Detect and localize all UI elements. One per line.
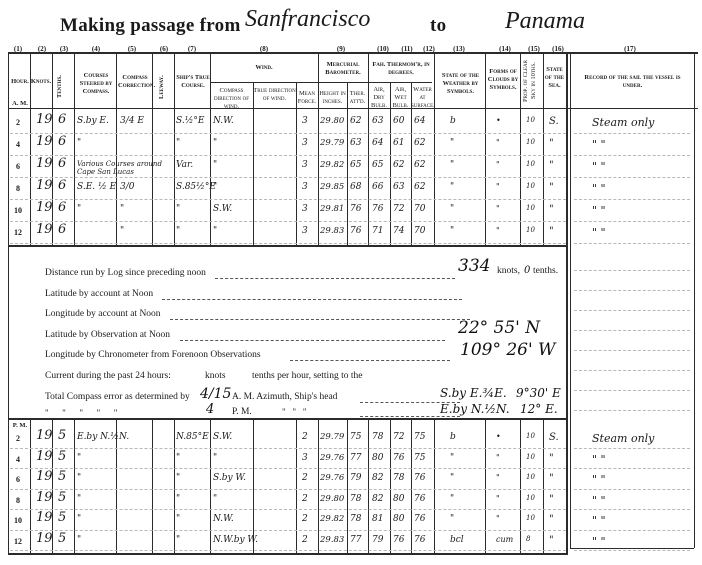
cell-force: 2	[302, 494, 308, 504]
col-divider	[434, 54, 435, 245]
compass-error-pm-head: E.by N.½N.	[440, 402, 510, 416]
cell-tenths: 6	[58, 134, 66, 149]
cell-clouds: "	[496, 160, 500, 169]
ruled-line	[574, 410, 690, 411]
header-wind-force: Mean Force.	[296, 90, 318, 106]
cell-tenths: 6	[58, 156, 66, 171]
row-rule	[10, 155, 566, 156]
cell-wind-compass: "	[213, 160, 217, 170]
row-rule	[574, 221, 690, 222]
cell-true-course: "	[176, 138, 180, 148]
row-hour: 10	[6, 206, 30, 215]
cell-tenths: 5	[58, 428, 66, 443]
sail-col-inner	[570, 54, 571, 548]
lon-chrono-value: 109° 26' W	[460, 340, 556, 360]
cell-water: 76	[414, 514, 425, 524]
cell-force: 3	[302, 453, 308, 463]
cell-wind-compass: S.W.	[213, 204, 232, 214]
cell-knots: 19	[36, 134, 52, 149]
ruled-line	[574, 290, 690, 291]
cell-water: 70	[414, 226, 425, 236]
cell-wet: 63	[393, 182, 404, 192]
cell-course: "	[77, 138, 81, 148]
distance-label: Distance run by Log since preceding noon	[45, 268, 206, 278]
cell-weather: bcl	[450, 535, 464, 545]
col-divider	[74, 420, 75, 553]
ruled-line	[574, 270, 690, 271]
current-tenths: tenths per hour, setting to the	[252, 371, 362, 381]
header-baro-ther: Ther. att'd.	[347, 90, 368, 106]
row-rule	[10, 199, 566, 200]
compass-error-am-head: S.by E.¾E.	[440, 386, 507, 400]
row-rule	[10, 243, 566, 244]
col-divider	[52, 54, 53, 245]
cell-tenths: 5	[58, 469, 66, 484]
cell-sail: Steam only	[592, 116, 654, 129]
cell-wind-compass: "	[213, 182, 217, 192]
col-divider	[368, 420, 369, 553]
ruled-line	[574, 330, 690, 331]
cell-dry: 66	[372, 182, 383, 192]
cell-water: 62	[414, 182, 425, 192]
cell-water: 62	[414, 138, 425, 148]
cell-force: 3	[302, 182, 308, 192]
cell-weather: "	[450, 453, 454, 463]
header-hour: Hour.	[8, 78, 32, 86]
compass-error-am-value: 9°30' E	[516, 386, 561, 400]
cell-wet: 72	[393, 432, 404, 442]
distance-unit: knots,	[497, 266, 520, 276]
cell-true-course: Var.	[176, 160, 193, 170]
cell-wet: 78	[393, 473, 404, 483]
cell-clouds: •	[496, 116, 501, 125]
header-knots: Knots.	[30, 78, 52, 86]
cell-dry: 80	[372, 453, 383, 463]
cell-tenths: 5	[58, 449, 66, 464]
cell-clear: 10	[526, 204, 535, 212]
cell-wind-compass: "	[213, 453, 217, 463]
cell-height: 29.76	[320, 473, 344, 483]
cell-ther: 65	[350, 160, 361, 170]
cell-weather: "	[450, 138, 454, 148]
header-air-dry: Air, Dry Bulb.	[368, 86, 390, 110]
header-tenths: Tenths.	[56, 70, 64, 104]
cell-sail: " "	[592, 473, 606, 486]
cell-weather: "	[450, 226, 454, 236]
row-rule	[10, 133, 566, 134]
cell-tenths: 5	[58, 531, 66, 546]
row-rule	[574, 530, 690, 531]
row-rule	[574, 468, 690, 469]
cell-clouds: "	[496, 226, 500, 235]
table-right-border	[694, 54, 695, 548]
col-divider	[390, 420, 391, 553]
sail-header-rule	[570, 108, 694, 109]
col-divider	[520, 420, 521, 553]
passage-from-port: Sanfrancisco	[245, 6, 370, 33]
subheader-rule	[210, 82, 432, 83]
header-wind-compass: Compass direction of wind.	[210, 87, 253, 111]
lat-account-label: Latitude by account at Noon	[45, 289, 153, 299]
cell-clouds: "	[496, 453, 500, 462]
cell-sea: S.	[549, 432, 559, 443]
cell-wet: 62	[393, 160, 404, 170]
cell-ther: 76	[350, 204, 361, 214]
header-water: Water at surface.	[411, 86, 434, 110]
cell-true-course: S.85½°E	[176, 182, 210, 192]
cell-sea: "	[549, 138, 554, 149]
cell-sea: "	[549, 473, 554, 484]
cell-height: 29.81	[320, 204, 344, 214]
cell-correction: 3/0	[120, 182, 134, 192]
cell-wind-compass: "	[213, 138, 217, 148]
cell-sail: " "	[592, 494, 606, 507]
cell-wind-compass: "	[213, 226, 217, 236]
cell-sea: "	[549, 204, 554, 215]
cell-force: 2	[302, 432, 308, 442]
cell-wind-compass: S.by W.	[213, 473, 246, 483]
cell-force: 2	[302, 473, 308, 483]
cell-water: 76	[414, 473, 425, 483]
col-divider	[543, 420, 544, 553]
header-true-course: Ship's True Course.	[176, 74, 210, 90]
leader-dots	[215, 278, 455, 279]
row-rule	[10, 550, 566, 551]
cell-clouds: "	[496, 182, 500, 191]
compass-error-pm-mark: 4	[206, 402, 214, 417]
distance-tenths: 0	[524, 265, 530, 276]
cell-true-course: "	[176, 204, 180, 214]
cell-clear: 10	[526, 514, 535, 522]
cell-course: "	[77, 473, 81, 483]
cell-course: "	[77, 514, 81, 524]
cell-sea: "	[549, 514, 554, 525]
cell-weather: "	[450, 494, 454, 504]
cell-sail: " "	[592, 204, 606, 217]
compass-error-pm-ditto: " " "	[282, 407, 307, 417]
row-hour: 10	[6, 516, 30, 525]
cell-water: 76	[414, 535, 425, 545]
col-divider	[347, 420, 348, 553]
cell-sail: " "	[592, 182, 606, 195]
cell-course: E.by N.½N.	[77, 432, 129, 442]
col-divider	[411, 420, 412, 553]
cell-wet: 76	[393, 453, 404, 463]
cell-sea: "	[549, 494, 554, 505]
header-thermometer: Fah. Thermom'r, in degrees.	[368, 61, 434, 77]
cell-dry: 82	[372, 494, 383, 504]
cell-correction: 3/4 E	[120, 116, 144, 126]
cell-correction: "	[120, 226, 124, 236]
col-divider	[434, 420, 435, 553]
row-hour: 2	[6, 118, 30, 127]
cell-weather: "	[450, 160, 454, 170]
cell-water: 64	[414, 116, 425, 126]
row-rule	[574, 550, 690, 551]
row-rule	[10, 221, 566, 222]
cell-ther: 78	[350, 494, 361, 504]
cell-clear: 10	[526, 182, 535, 190]
table-top-rule	[8, 52, 698, 54]
tenths-unit: tenths.	[533, 266, 558, 276]
cell-water: 75	[414, 453, 425, 463]
cell-water: 75	[414, 432, 425, 442]
ruled-line	[574, 350, 690, 351]
col-divider	[253, 420, 254, 553]
current-label: Current during the past 24 hours:	[45, 371, 171, 381]
cell-knots: 19	[36, 112, 52, 127]
cell-force: 3	[302, 226, 308, 236]
cell-true-course: "	[176, 453, 180, 463]
cell-water: 76	[414, 494, 425, 504]
cell-clouds: "	[496, 514, 500, 523]
compass-error-am-mark: 4/15	[200, 386, 231, 402]
cell-true-course: "	[176, 226, 180, 236]
cell-clear: 10	[526, 494, 535, 502]
cell-true-course: "	[176, 535, 180, 545]
header-barometer: Mercurial Barometer.	[318, 61, 368, 77]
ruled-line	[574, 310, 690, 311]
row-hour: 8	[6, 496, 30, 505]
row-rule	[574, 489, 690, 490]
col-divider	[318, 54, 319, 245]
cell-sea: "	[549, 182, 554, 193]
lat-obs-label: Latitude by Observation at Noon	[45, 330, 170, 340]
lat-obs-value: 22° 55' N	[458, 318, 540, 338]
row-rule	[574, 155, 690, 156]
cell-knots: 19	[36, 428, 52, 443]
leader-dots	[360, 416, 460, 417]
cell-course: Various Courses around Cape San Lucas	[77, 160, 167, 176]
cell-weather: "	[450, 514, 454, 524]
header-baro-height: Height in inches.	[318, 90, 347, 106]
cell-height: 29.85	[320, 182, 344, 192]
cell-clouds: cum	[496, 535, 513, 544]
cell-clear: 10	[526, 116, 535, 124]
cell-ther: 78	[350, 514, 361, 524]
row-rule	[574, 509, 690, 510]
cell-clear: 8	[526, 535, 530, 543]
col-divider	[210, 54, 211, 245]
cell-force: 3	[302, 160, 308, 170]
cell-dry: 64	[372, 138, 383, 148]
pm-block-bottom	[8, 553, 568, 555]
cell-true-course: "	[176, 494, 180, 504]
passage-title-prefix: Making passage from	[60, 15, 241, 37]
cell-wind-compass: "	[213, 494, 217, 504]
header-compass-correction: Compass Correction.	[118, 74, 152, 90]
col-divider	[485, 420, 486, 553]
row-hour: 6	[6, 475, 30, 484]
cell-course: S.E. ½ E	[77, 182, 116, 192]
cell-force: 2	[302, 535, 308, 545]
cell-tenths: 6	[58, 178, 66, 193]
cell-height: 29.83	[320, 535, 344, 545]
cell-force: 3	[302, 138, 308, 148]
col-divider	[210, 420, 211, 553]
cell-force: 2	[302, 514, 308, 524]
cell-dry: 78	[372, 432, 383, 442]
col-divider	[174, 54, 175, 245]
compass-error-label: Total Compass error as determined by	[45, 392, 190, 402]
sail-col-divider	[566, 54, 568, 555]
cell-correction: "	[120, 204, 124, 214]
header-sail: Record of the sail the vessel is under.	[575, 74, 690, 90]
col-divider	[116, 54, 117, 245]
row-rule	[10, 530, 566, 531]
cell-clear: 10	[526, 432, 535, 440]
header-pm: P. M.	[9, 422, 31, 430]
cell-clouds: •	[496, 432, 501, 441]
cell-true-course: "	[176, 473, 180, 483]
cell-clear: 10	[526, 160, 535, 168]
cell-ther: 76	[350, 226, 361, 236]
cell-sea: S.	[549, 116, 559, 127]
cell-tenths: 6	[58, 200, 66, 215]
cell-sea: "	[549, 535, 554, 546]
cell-height: 29.79	[320, 432, 344, 442]
header-air-wet: Air, Wet Bulb.	[390, 86, 411, 110]
row-rule	[10, 468, 566, 469]
cell-course: "	[77, 453, 81, 463]
header-sea: State of the Sea.	[543, 66, 566, 90]
cell-course: S.by E.	[77, 116, 109, 126]
cell-clear: 10	[526, 473, 535, 481]
cell-ther: 77	[350, 453, 361, 463]
cell-sea: "	[549, 453, 554, 464]
cell-dry: 79	[372, 535, 383, 545]
lon-account-label: Longitude by account at Noon	[45, 309, 161, 319]
row-rule	[574, 243, 690, 244]
cell-true-course: S.½°E	[176, 116, 205, 126]
cell-clouds: "	[496, 204, 500, 213]
cell-sail: " "	[592, 138, 606, 151]
cell-wet: 76	[393, 535, 404, 545]
header-am: A. M.	[8, 100, 32, 108]
leader-dots	[162, 299, 462, 300]
header-wind: Wind.	[210, 64, 318, 72]
cell-sail: " "	[592, 160, 606, 173]
cell-tenths: 6	[58, 222, 66, 237]
cell-course: "	[77, 535, 81, 545]
row-hour: 2	[6, 434, 30, 443]
cell-knots: 19	[36, 490, 52, 505]
row-hour: 6	[6, 162, 30, 171]
cell-ther: 75	[350, 432, 361, 442]
cell-knots: 19	[36, 469, 52, 484]
passage-connector: to	[430, 15, 446, 37]
cell-dry: 63	[372, 116, 383, 126]
col-divider	[152, 420, 153, 553]
cell-wind-compass: N.W.by W.	[213, 535, 253, 545]
cell-ther: 68	[350, 182, 361, 192]
ditto-marks: " " " " "	[45, 408, 117, 418]
cell-weather: "	[450, 204, 454, 214]
cell-wet: 74	[393, 226, 404, 236]
row-rule	[10, 448, 566, 449]
row-rule	[574, 177, 690, 178]
header-leeway: Leeway.	[158, 70, 166, 104]
cell-knots: 19	[36, 222, 52, 237]
cell-height: 29.80	[320, 494, 344, 504]
lon-chrono-label: Longitude by Chronometer from Forenoon O…	[45, 350, 261, 360]
cell-sail: Steam only	[592, 432, 654, 445]
cell-ther: 62	[350, 116, 361, 126]
leader-dots	[290, 360, 450, 361]
cell-tenths: 6	[58, 112, 66, 127]
sail-col-bottom	[570, 548, 694, 549]
cell-clouds: "	[496, 138, 500, 147]
cell-weather: "	[450, 473, 454, 483]
cell-weather: "	[450, 182, 454, 192]
passage-to-port: Panama	[505, 8, 585, 35]
cell-height: 29.80	[320, 116, 344, 126]
cell-height: 29.83	[320, 226, 344, 236]
cell-true-course: "	[176, 514, 180, 524]
cell-clear: 10	[526, 138, 535, 146]
cell-height: 29.82	[320, 514, 344, 524]
cell-knots: 19	[36, 156, 52, 171]
distance-value: 334	[458, 256, 490, 276]
ruled-line	[574, 370, 690, 371]
cell-knots: 19	[36, 178, 52, 193]
cell-knots: 19	[36, 449, 52, 464]
cell-height: 29.82	[320, 160, 344, 170]
cell-clear: 10	[526, 226, 535, 234]
cell-dry: 76	[372, 204, 383, 214]
col-divider	[296, 420, 297, 553]
compass-error-am-text: A. M. Azimuth, Ship's head	[232, 392, 337, 402]
header-clear-sky: Prop. of Clear Sky in 10ths.	[522, 58, 538, 104]
cell-sea: "	[549, 160, 554, 171]
cell-wind-compass: N.W.	[213, 116, 234, 126]
leader-dots	[170, 319, 470, 320]
cell-clouds: "	[496, 473, 500, 482]
leader-dots	[180, 340, 445, 341]
row-hour: 12	[6, 228, 30, 237]
cell-knots: 19	[36, 531, 52, 546]
cell-course: "	[77, 494, 81, 504]
cell-dry: 65	[372, 160, 383, 170]
cell-wet: 80	[393, 514, 404, 524]
cell-knots: 19	[36, 200, 52, 215]
cell-true-course: N.85°E	[176, 432, 209, 442]
col-divider	[30, 420, 31, 553]
ruled-line	[574, 390, 690, 391]
cell-wind-compass: N.W.	[213, 514, 234, 524]
cell-wet: 80	[393, 494, 404, 504]
col-divider	[174, 420, 175, 553]
cell-sail: " "	[592, 226, 606, 239]
cell-wind-compass: S.W.	[213, 432, 232, 442]
header-clouds: Forms of Clouds by Symbols.	[486, 68, 520, 92]
cell-course: "	[77, 204, 81, 214]
cell-sail: " "	[592, 535, 606, 548]
cell-height: 29.76	[320, 453, 344, 463]
row-rule	[10, 177, 566, 178]
cell-clouds: "	[496, 494, 500, 503]
cell-height: 29.79	[320, 138, 344, 148]
row-hour: 4	[6, 455, 30, 464]
cell-force: 3	[302, 204, 308, 214]
cell-water: 70	[414, 204, 425, 214]
row-rule	[574, 133, 690, 134]
header-courses: Courses Steered by Compass.	[76, 72, 116, 96]
current-knots: knots	[205, 371, 226, 381]
col-divider	[368, 54, 369, 245]
cell-dry: 81	[372, 514, 383, 524]
cell-water: 62	[414, 160, 425, 170]
